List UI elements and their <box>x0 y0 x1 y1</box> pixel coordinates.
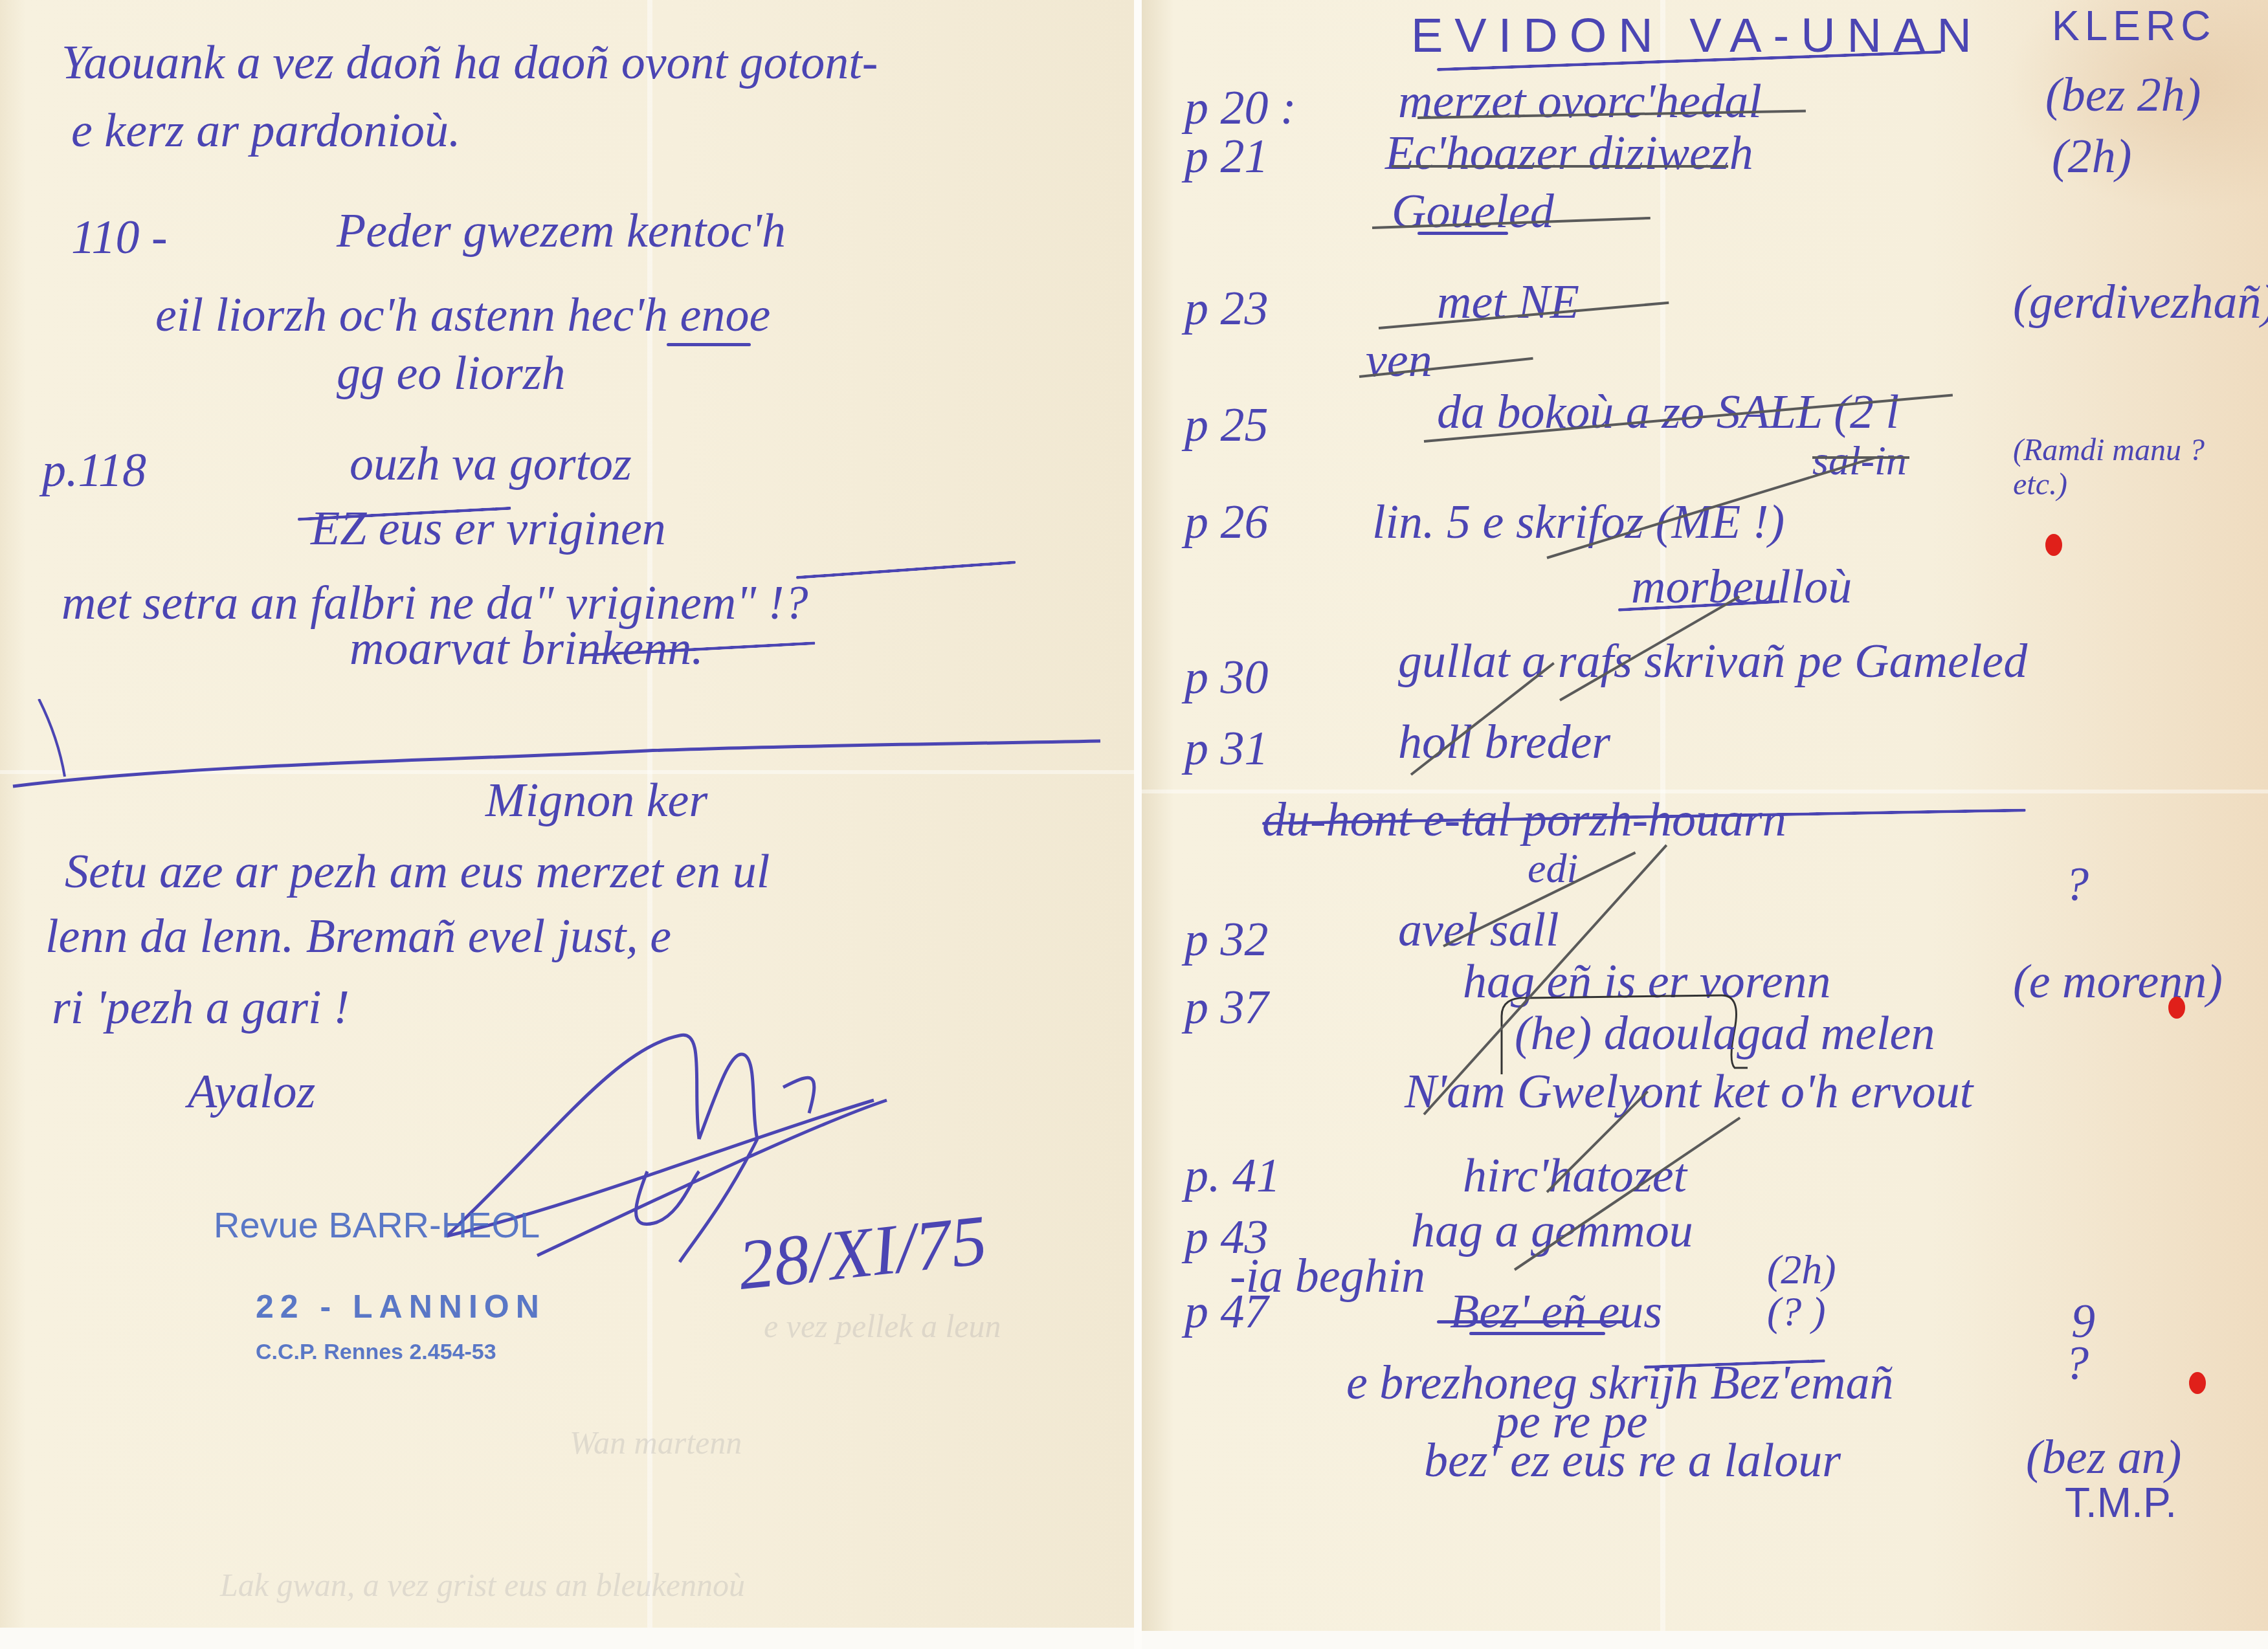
entry-text: (he) daoulagad melen <box>1515 1010 1935 1057</box>
entry-text: bez' ez eus re a lalour <box>1424 1437 1841 1485</box>
entry-text: Goueled <box>1392 188 1554 236</box>
red-mark <box>2045 534 2062 556</box>
stamp-city: 22 - LANNION <box>256 1288 546 1325</box>
entry-text: da bokoù a zo SALL (2 l <box>1437 388 1899 436</box>
entry-text: gullat a rafs skrivañ pe Gameled <box>1398 637 2027 685</box>
red-mark <box>2168 997 2185 1019</box>
page-ref: p 26 <box>1184 498 1269 546</box>
entry-note: (Ramdi manu ? etc.) <box>2013 434 2207 502</box>
pencil-strike <box>1812 456 1909 459</box>
entry-note: (e morenn) <box>2013 958 2223 1006</box>
corner-note: KLERC <box>2052 5 2216 47</box>
page-ref: p 47 <box>1184 1288 1269 1336</box>
page-ref: p 21 <box>1184 133 1269 181</box>
entry-text: met NE <box>1437 278 1579 326</box>
note-text: Peder gwezem kentoc'h <box>337 207 786 255</box>
page-ref: p 30 <box>1184 654 1269 702</box>
stamp-title: Revue BARR-HEOL <box>214 1204 540 1246</box>
entry-note: (2h) <box>1767 1249 1836 1290</box>
note-ref: p.118 <box>42 447 146 494</box>
page-ref: p 20 : <box>1184 84 1296 132</box>
letter-body-line: Setu aze ar pezh am eus merzet en ul <box>65 848 770 896</box>
underline <box>1437 1320 1625 1323</box>
show-through-text: Wan martenn <box>570 1424 742 1461</box>
entry-note: (gerdivezhañ) <box>2013 278 2268 326</box>
entry-note: (2h) <box>2052 133 2131 181</box>
page-gap <box>1134 0 1142 1649</box>
letter-body-line: ri 'pezh a gari ! <box>52 984 350 1032</box>
entry-text: Bez' eñ eus <box>1450 1288 1662 1336</box>
greeting: Mignon ker <box>485 777 707 825</box>
stamp-account: C.C.P. Rennes 2.454-53 <box>256 1340 496 1365</box>
note-text: gg eo liorzh <box>337 349 566 397</box>
note-ref: 110 - <box>71 214 168 261</box>
page-ref: p 31 <box>1184 725 1269 773</box>
entry-note: (? ) <box>1767 1291 1826 1333</box>
show-through-text: e vez pellek a leun <box>764 1307 1001 1345</box>
entry-text: hag a gemmou <box>1411 1207 1693 1255</box>
pencil-strike <box>1392 165 1728 168</box>
note-text: eil liorzh oc'h astenn hec'h enoe <box>155 291 770 339</box>
page-ref: p 32 <box>1184 916 1269 964</box>
note-text: ouzh va gortoz <box>350 440 632 488</box>
letter-line: e kerz ar pardonioù. <box>71 107 461 155</box>
entry-note: (bez 2h) <box>2045 71 2201 119</box>
page-ref: p 37 <box>1184 984 1269 1032</box>
red-mark <box>2189 1372 2206 1394</box>
entry-note: (bez an) <box>2026 1433 2181 1481</box>
show-through-text: Lak gwan, a vez grist eus an bleukennoù <box>220 1566 745 1604</box>
underline <box>1417 232 1508 235</box>
note-text: EZ eus er vriginen <box>311 505 666 553</box>
initials: T.M.P. <box>2065 1482 2177 1523</box>
underline <box>667 343 751 346</box>
letter-body-line: lenn da lenn. Bremañ evel just, e <box>45 913 671 960</box>
entry-text: N'am Gwelyont ket o'h ervout <box>1405 1068 1973 1116</box>
page-ref: p 25 <box>1184 401 1269 449</box>
letter-line: Yaouank a vez daoñ ha daoñ ovont gotont- <box>61 39 878 87</box>
page-ref: p 23 <box>1184 285 1269 333</box>
underline <box>1469 1332 1605 1335</box>
entry-text: Ec'hoazer diziwezh <box>1385 129 1753 177</box>
entry-text: ven <box>1366 337 1432 384</box>
page-ref: p. 41 <box>1184 1152 1280 1200</box>
note-text: met setra an falbri ne da" vriginem" !? <box>61 579 808 627</box>
question-mark: ? <box>2065 1340 2089 1388</box>
question-mark: ? <box>2065 861 2089 909</box>
entry-text: lin. 5 e skrifoz (ME !) <box>1372 498 1784 546</box>
note-text: moarvat brinkenn. <box>350 625 704 672</box>
closing: Ayaloz <box>188 1068 315 1116</box>
